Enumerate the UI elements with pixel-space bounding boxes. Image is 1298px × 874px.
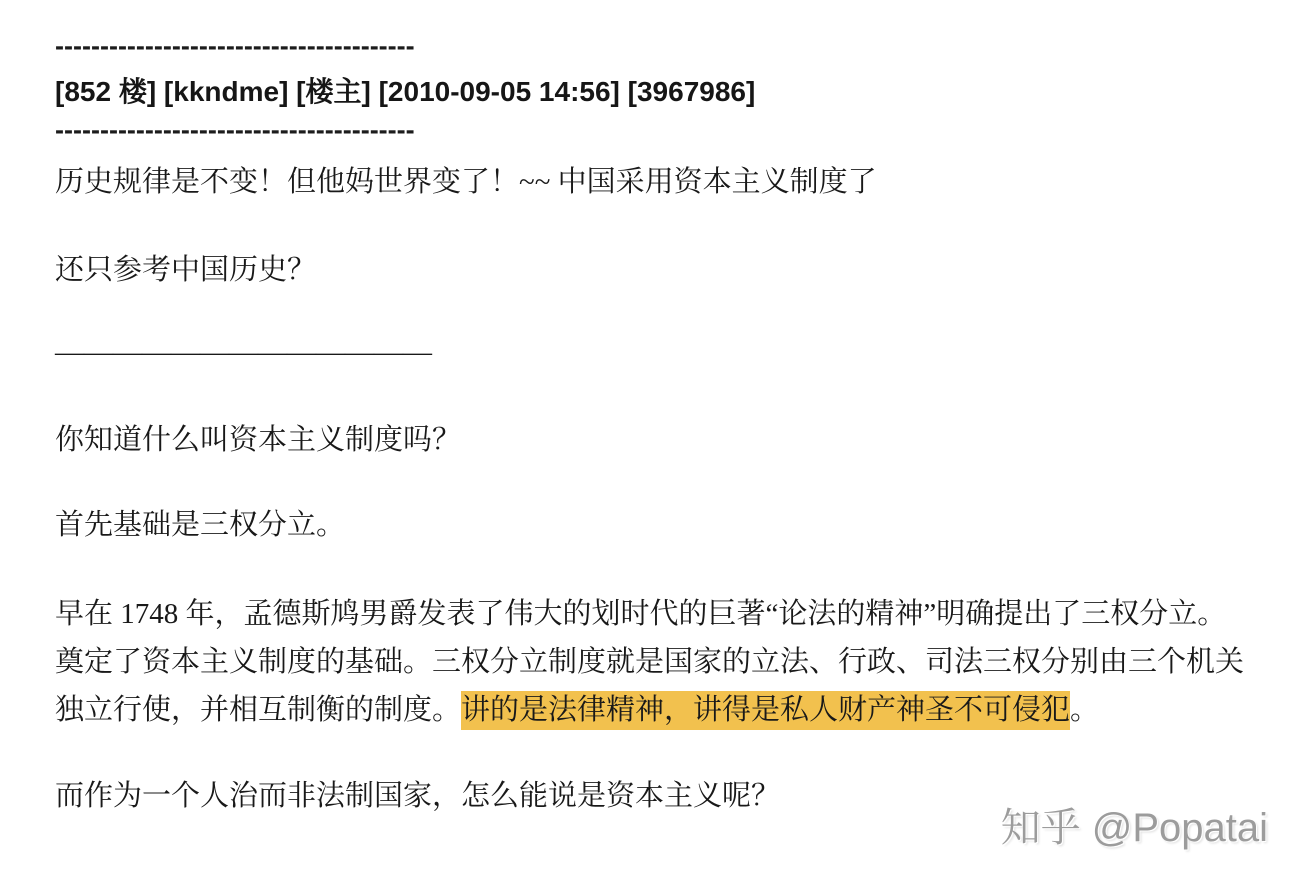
text-segment: 。 bbox=[1070, 694, 1099, 726]
divider-dashes-bottom: ---------------------------------------- bbox=[55, 116, 415, 144]
text-segment: 历史规律是不变！但他妈世界变了！~~ 中国采用资本主义制度了 bbox=[55, 166, 877, 198]
watermark: 知乎 @Popatai bbox=[1001, 796, 1268, 853]
text-segment: 还只参考中国历史？ bbox=[55, 254, 316, 286]
divider-em-dashes: ————————————— bbox=[55, 332, 1247, 372]
text-segment: ————————————— bbox=[55, 336, 432, 368]
divider-dashes-top: ---------------------------------------- bbox=[55, 32, 415, 60]
text-segment: 而作为一个人治而非法制国家，怎么能说是资本主义呢？ bbox=[55, 780, 780, 812]
zhihu-watermark-text: 知乎 @Popatai bbox=[1001, 806, 1268, 850]
paragraph-history-law: 历史规律是不变！但他妈世界变了！~~ 中国采用资本主义制度了 bbox=[55, 162, 1247, 202]
highlighted-text: 讲的是法律精神，讲得是私人财产神圣不可侵犯 bbox=[461, 691, 1070, 730]
paragraph-reference-question: 还只参考中国历史？ bbox=[55, 250, 1247, 290]
paragraph-separation-of-powers: 首先基础是三权分立。 bbox=[55, 505, 1247, 545]
post-header-meta: [852 楼] [kkndme] [楼主] [2010-09-05 14:56]… bbox=[55, 76, 755, 108]
document-page: ----------------------------------------… bbox=[0, 0, 1298, 874]
paragraph-montesquieu: 早在 1748 年，孟德斯鸠男爵发表了伟大的划时代的巨著“论法的精神”明确提出了… bbox=[55, 590, 1247, 734]
text-segment: 你知道什么叫资本主义制度吗？ bbox=[55, 424, 461, 456]
paragraph-capitalism-question: 你知道什么叫资本主义制度吗？ bbox=[55, 420, 1247, 460]
text-segment: 首先基础是三权分立。 bbox=[55, 509, 345, 541]
